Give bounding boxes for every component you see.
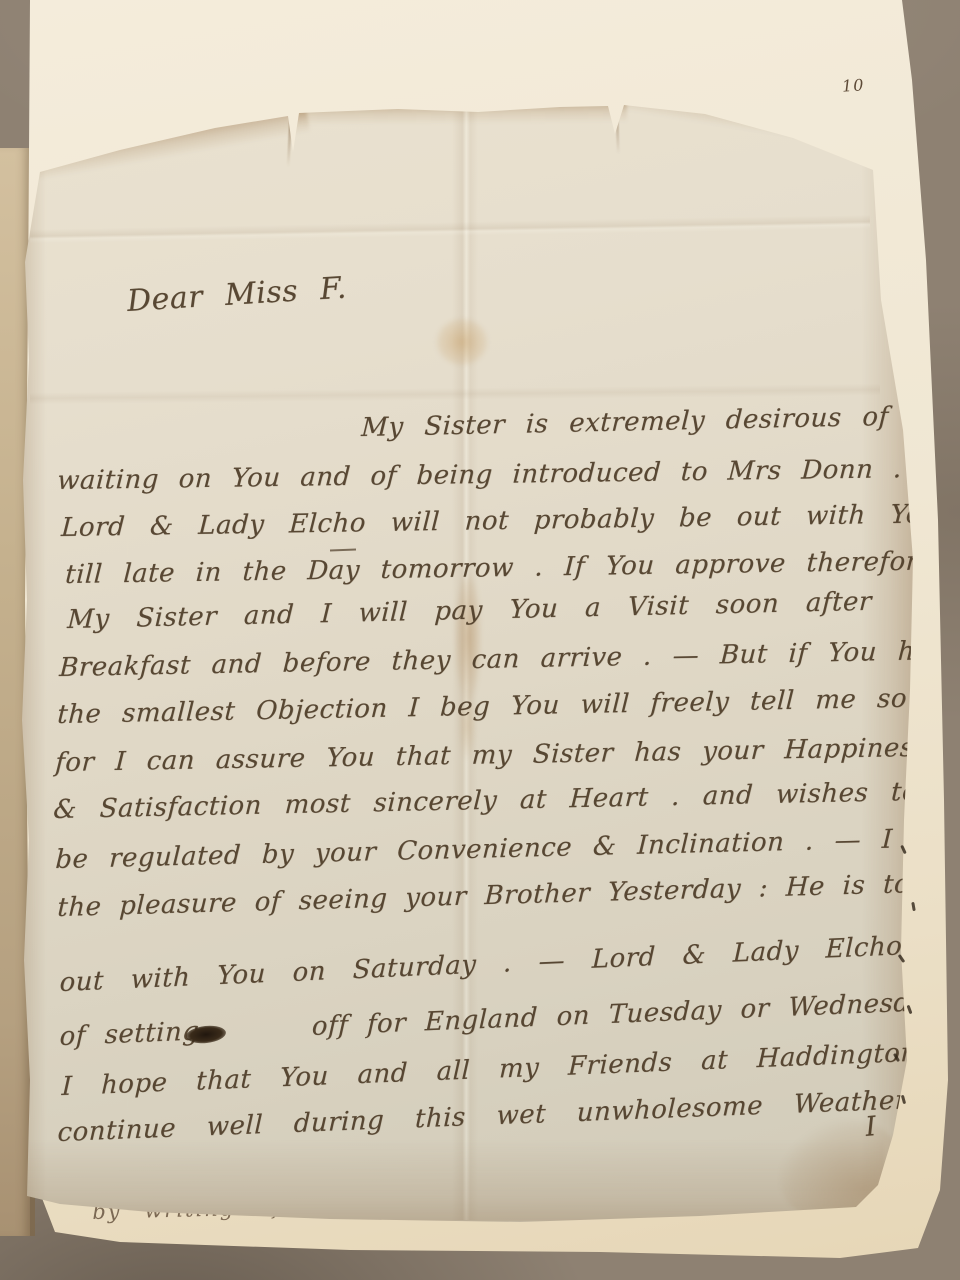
manuscript-line: Breakfast and before they can arrive . —…	[58, 636, 960, 683]
photograph-of-handwritten-letter: 10 by writing of it if Dear Miss F. My S…	[0, 0, 960, 1280]
manuscript-line: till late in the Day tomorrow . If You a…	[64, 546, 935, 590]
letter-page: Dear Miss F. My Sister is extremely desi…	[0, 0, 960, 1280]
horizontal-crease-upper	[30, 215, 870, 244]
manuscript-line: & Satisfaction most sincerely at Heart .…	[53, 777, 919, 825]
fox-stain-fold	[455, 575, 481, 700]
manuscript-line: the pleasure of seeing your Brother Yest…	[57, 868, 960, 923]
manuscript-line: waiting on You and of being introduced t…	[56, 454, 902, 496]
folio-number: 10	[841, 75, 865, 96]
salutation: Dear Miss F.	[126, 271, 348, 319]
manuscript-line: be regulated by your Convenience & Incli…	[55, 823, 960, 875]
manuscript-line: out with You on Saturday . — Lord & Lady…	[59, 928, 960, 998]
manuscript-line: the smallest Objection I beg You will fr…	[56, 683, 937, 730]
manuscript-line: My Sister is extremely desirous of	[361, 402, 890, 443]
bottom-edge-shading	[24, 1140, 884, 1222]
fox-stain-upper	[436, 318, 488, 366]
horizontal-crease-lower	[30, 384, 880, 405]
underline-mark	[330, 549, 356, 552]
manuscript-line: for I can assure You that my Sister has …	[54, 733, 928, 778]
manuscript-line: My Sister and I will pay You a Visit soo…	[67, 587, 873, 635]
manuscript-line: Lord & Lady Elcho will not probably be o…	[60, 499, 940, 543]
